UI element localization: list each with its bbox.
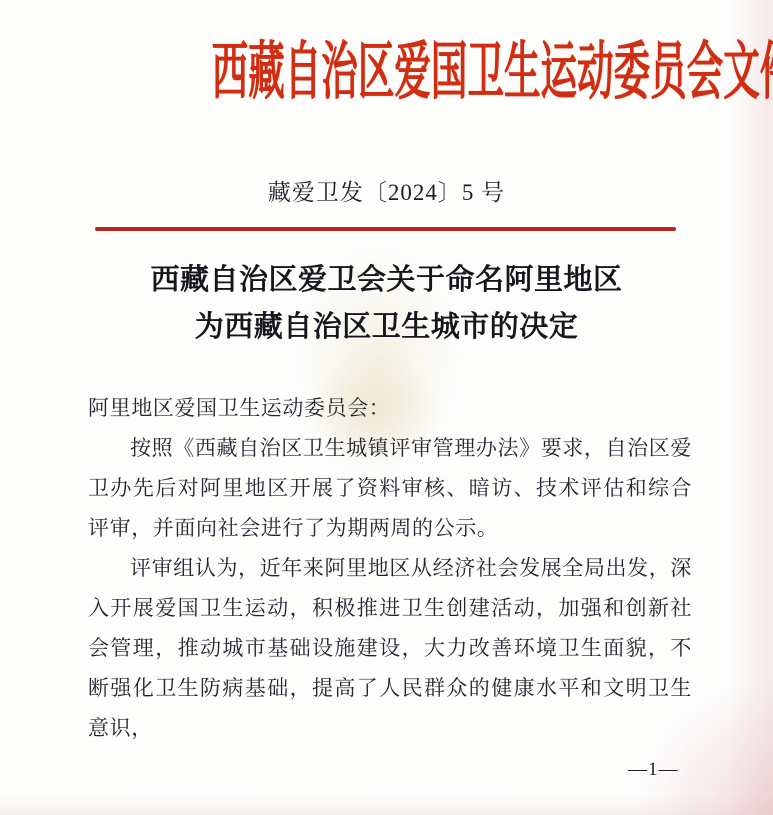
document-title-line1: 西藏自治区爱卫会关于命名阿里地区 [0, 257, 773, 304]
body-paragraph-2: 评审组认为，近年来阿里地区从经济社会发展全局出发，深入开展爱国卫生运动，积极推进… [88, 548, 692, 748]
document-title: 西藏自治区爱卫会关于命名阿里地区 为西藏自治区卫生城市的决定 [0, 257, 773, 351]
red-separator-rule [95, 227, 676, 231]
page-number: —1— [628, 759, 679, 781]
letterhead-title: 西藏自治区爱国卫生运动委员会文件 [212, 36, 773, 108]
scan-edge-texture [0, 795, 773, 815]
body-paragraph-1: 按照《西藏自治区卫生城镇评审管理办法》要求，自治区爱卫办先后对阿里地区开展了资料… [88, 428, 692, 548]
salutation: 阿里地区爱国卫生运动委员会： [88, 388, 692, 428]
document-body: 阿里地区爱国卫生运动委员会： 按照《西藏自治区卫生城镇评审管理办法》要求，自治区… [88, 388, 692, 748]
scan-edge-texture [727, 0, 773, 815]
doc-number: 藏爱卫发〔2024〕5 号 [0, 174, 773, 207]
letterhead-banner: 西藏自治区爱国卫生运动委员会文件 [0, 36, 773, 108]
document-title-line2: 为西藏自治区卫生城市的决定 [0, 304, 773, 351]
document-page: 西藏自治区爱国卫生运动委员会文件 藏爱卫发〔2024〕5 号 西藏自治区爱卫会关… [0, 0, 773, 815]
